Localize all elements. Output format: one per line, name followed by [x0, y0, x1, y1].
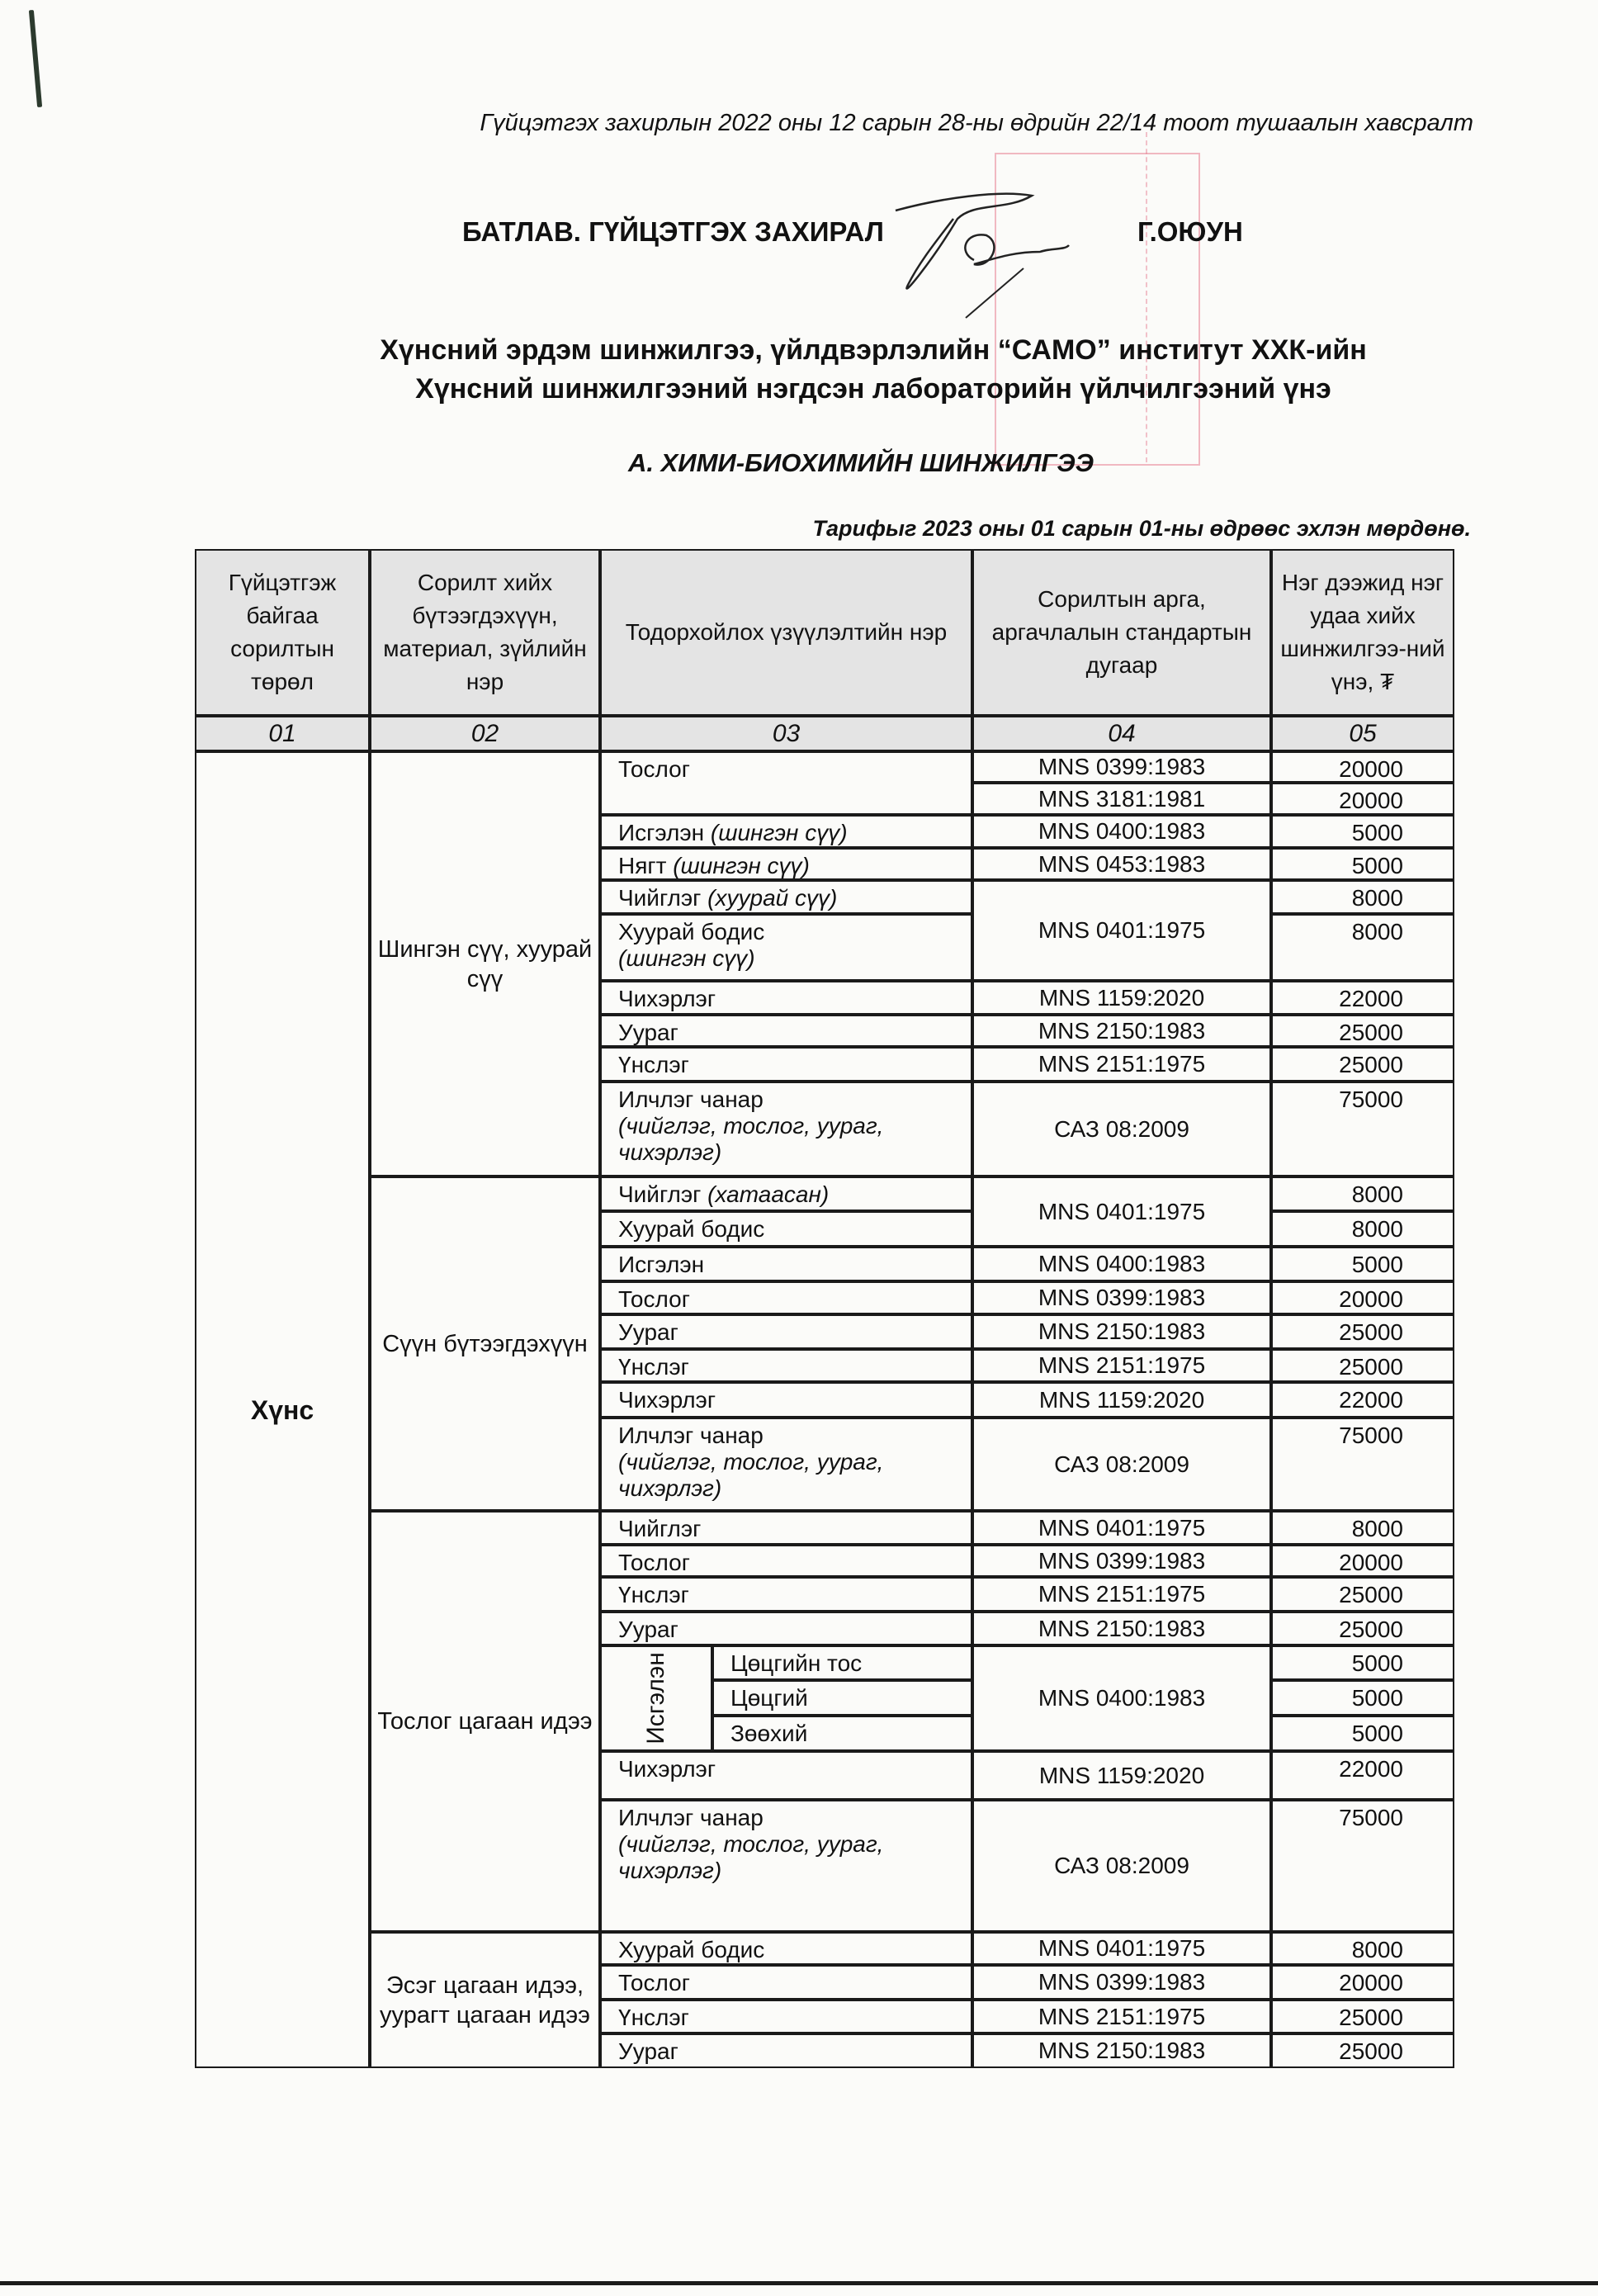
- price-cell: 25000: [1271, 1047, 1454, 1082]
- cell-text: Тослог цагаан идээ: [377, 1707, 592, 1736]
- cell-text: MNS 0401:1975: [1038, 917, 1205, 944]
- standard-cell: MNS 2151:1975: [972, 1577, 1271, 1612]
- cell-text: MNS 0401:1975: [1038, 1935, 1205, 1962]
- cell-text: 25000: [1339, 1354, 1403, 1380]
- price-cell: 20000: [1271, 1965, 1454, 2000]
- standard-cell: MNS 0401:1975: [972, 880, 1271, 981]
- cell-text: Уураг: [618, 1617, 678, 1642]
- cell-text: Сорилтын арга, аргачлалын стандартын дуг…: [974, 583, 1269, 682]
- cell-text: MNS 0401:1975: [1038, 1199, 1205, 1225]
- cell-text: MNS 2150:1983: [1038, 1616, 1205, 1642]
- indicator-cell: Чийглэг (хатаасан): [600, 1176, 972, 1211]
- indicator-cell: Чихэрлэг: [600, 1382, 972, 1418]
- indicator-cell: Хуурай бодис: [600, 1932, 972, 1965]
- cell-text: 25000: [1339, 1617, 1403, 1642]
- indicator-cell: Илчлэг чанар(чийглэг, тослог, уураг, чих…: [600, 1800, 972, 1932]
- cell-text: (шингэн сүү): [673, 853, 810, 878]
- cell-text: 25000: [1339, 2005, 1403, 2030]
- indicator-cell: Чихэрлэг: [600, 1751, 972, 1800]
- cell-text: 8000: [1352, 1181, 1403, 1207]
- standard-cell: MNS 1159:2020: [972, 1382, 1271, 1418]
- cell-text: Гүйцэтгэж байгаа сорилтын төрөл: [196, 566, 368, 698]
- cell-text: Эсэг цагаан идээ, уурагт цагаан идээ: [371, 1971, 598, 2030]
- indicator-cell: Тослог: [600, 1281, 972, 1314]
- price-cell: 5000: [1271, 1247, 1454, 1281]
- cell-text: Үнслэг: [618, 1052, 689, 1077]
- indicator-cell: Чийглэг (хуурай сүү): [600, 880, 972, 914]
- cell-text: 20000: [1339, 788, 1403, 813]
- cell-text: Зөөхий: [730, 1721, 807, 1746]
- cell-text: 5000: [1352, 853, 1403, 878]
- column-header: Сорилтын арга, аргачлалын стандартын дуг…: [972, 549, 1271, 716]
- indicator-cell: Цөцгийн тос: [712, 1645, 972, 1680]
- page-edge: [0, 2281, 1598, 2285]
- cell-text: MNS 1159:2020: [1039, 985, 1204, 1011]
- cell-text: MNS 3181:1981: [1038, 786, 1205, 812]
- price-cell: 22000: [1271, 1751, 1454, 1800]
- cell-text: Цөцгийн тос: [730, 1650, 862, 1676]
- indicator-cell: Уураг: [600, 2033, 972, 2068]
- cell-text: Исгэлэн: [618, 820, 704, 845]
- cell-text: 8000: [1352, 1516, 1403, 1541]
- price-cell: 8000: [1271, 1511, 1454, 1545]
- standard-cell: MNS 1159:2020: [972, 1751, 1271, 1800]
- cell-text: Үнслэг: [618, 2005, 689, 2030]
- standard-cell: MNS 0400:1983: [972, 815, 1271, 848]
- cell-text: 02: [471, 721, 499, 747]
- price-cell: 25000: [1271, 1612, 1454, 1645]
- cell-text: 5000: [1352, 1252, 1403, 1277]
- price-cell: 25000: [1271, 1314, 1454, 1349]
- approval-label: БАТЛАВ. ГҮЙЦЭТГЭХ ЗАХИРАЛ: [462, 216, 884, 248]
- cell-text: (хатаасан): [707, 1181, 829, 1207]
- standard-cell: MNS 0399:1983: [972, 1281, 1271, 1314]
- column-number: 04: [972, 716, 1271, 751]
- indicator-cell: Нягт (шингэн сүү): [600, 848, 972, 880]
- product-group-cell: Сүүн бүтээгдэхүүн: [370, 1176, 600, 1511]
- cell-text: Илчлэг чанар: [618, 1805, 764, 1830]
- indicator-cell: Үнслэг: [600, 2000, 972, 2033]
- cell-text: Сорилт хийх бүтээгдэхүүн, материал, зүйл…: [371, 566, 598, 698]
- cell-text: 25000: [1339, 1020, 1403, 1045]
- cell-text: MNS 2151:1975: [1038, 1051, 1205, 1077]
- price-cell: 22000: [1271, 1382, 1454, 1418]
- cell-text: Тослог: [618, 1970, 690, 1995]
- price-cell: 75000: [1271, 1418, 1454, 1511]
- price-cell: 25000: [1271, 1349, 1454, 1382]
- cell-text: (чийглэг, тослог, уураг, чихэрлэг): [618, 1831, 883, 1883]
- cell-text: Илчлэг чанар: [618, 1423, 764, 1448]
- cell-text: (шингэн сүү): [618, 945, 755, 971]
- cell-text: 8000: [1352, 919, 1403, 944]
- cell-text: 05: [1349, 721, 1376, 747]
- cell-text: MNS 2151:1975: [1038, 1352, 1205, 1379]
- price-cell: 25000: [1271, 2033, 1454, 2068]
- cell-text: MNS 2150:1983: [1038, 2038, 1205, 2064]
- cell-text: 5000: [1352, 1685, 1403, 1711]
- cell-text: MNS 0400:1983: [1038, 818, 1205, 845]
- cell-text: Хуурай бодис: [618, 919, 764, 944]
- price-cell: 25000: [1271, 1015, 1454, 1047]
- indicator-cell: Цөцгий: [712, 1680, 972, 1716]
- cell-text: Нэг дээжид нэг удаа хийх шинжилгээ-ний ү…: [1273, 566, 1453, 698]
- indicator-cell: Уураг: [600, 1314, 972, 1349]
- product-group-cell: Тослог цагаан идээ: [370, 1511, 600, 1932]
- cell-text: 25000: [1339, 1582, 1403, 1607]
- price-cell: 20000: [1271, 783, 1454, 815]
- standard-cell: MNS 2150:1983: [972, 2033, 1271, 2068]
- price-cell: 75000: [1271, 1800, 1454, 1932]
- cell-text: Тослог: [618, 756, 690, 782]
- indicator-cell: Уураг: [600, 1015, 972, 1047]
- cell-text: 22000: [1339, 1387, 1403, 1413]
- cell-text: MNS 0453:1983: [1038, 851, 1205, 878]
- indicator-cell: Зөөхий: [712, 1716, 972, 1751]
- cell-text: 25000: [1339, 2038, 1403, 2064]
- cell-text: MNS 1159:2020: [1039, 1763, 1204, 1789]
- cell-text: (чийглэг, тослог, уураг, чихэрлэг): [618, 1113, 883, 1165]
- cell-text: САЗ 08:2009: [1054, 1116, 1189, 1143]
- cell-text: Тослог: [618, 1286, 690, 1312]
- cell-text: 75000: [1339, 1805, 1403, 1830]
- staple: [29, 10, 42, 107]
- cell-text: (чийглэг, тослог, уураг, чихэрлэг): [618, 1449, 883, 1501]
- indicator-cell: Хуурай бодис: [600, 1211, 972, 1247]
- cell-text: Сүүн бүтээгдэхүүн: [382, 1329, 588, 1359]
- price-cell: 8000: [1271, 914, 1454, 981]
- signature-icon: [875, 186, 1123, 326]
- cell-text: Исгэлэн: [618, 1252, 704, 1277]
- price-cell: 5000: [1271, 848, 1454, 880]
- indicator-cell: Тослог: [600, 751, 972, 815]
- cell-text: Чихэрлэг: [618, 1387, 716, 1413]
- cell-text: Үнслэг: [618, 1354, 689, 1380]
- cell-text: 20000: [1339, 1550, 1403, 1575]
- indicator-cell: Үнслэг: [600, 1047, 972, 1082]
- cell-text: MNS 0400:1983: [1038, 1685, 1205, 1711]
- cell-text: 22000: [1339, 1756, 1403, 1782]
- indicator-cell: Чихэрлэг: [600, 981, 972, 1015]
- cell-text: Уураг: [618, 2038, 678, 2064]
- cell-text: Уураг: [618, 1319, 678, 1345]
- cell-text: Уураг: [618, 1020, 678, 1045]
- cell-text: Шингэн сүү, хуурай сүү: [371, 935, 598, 994]
- cell-text: 8000: [1352, 1937, 1403, 1962]
- cell-text: Чихэрлэг: [618, 986, 716, 1011]
- column-header: Нэг дээжид нэг удаа хийх шинжилгээ-ний ү…: [1271, 549, 1454, 716]
- cell-text: Чихэрлэг: [618, 1756, 716, 1782]
- column-number: 03: [600, 716, 972, 751]
- document-title-line1: Хүнсний эрдэм шинжилгээ, үйлдвэрлэлийн “…: [0, 334, 1598, 367]
- cell-text: Хүнс: [251, 1397, 314, 1423]
- standard-cell: MNS 2150:1983: [972, 1314, 1271, 1349]
- standard-cell: MNS 2150:1983: [972, 1015, 1271, 1047]
- cell-text: Хуурай бодис: [618, 1216, 764, 1242]
- cell-text: MNS 0399:1983: [1038, 1969, 1205, 1995]
- column-number: 05: [1271, 716, 1454, 751]
- price-cell: 8000: [1271, 880, 1454, 914]
- column-header: Гүйцэтгэж байгаа сорилтын төрөл: [195, 549, 370, 716]
- section-title: А. ХИМИ-БИОХИМИЙН ШИНЖИЛГЭЭ: [0, 448, 1598, 478]
- category-cell: Хүнс: [195, 751, 370, 2068]
- cell-text: MNS 0399:1983: [1038, 754, 1205, 780]
- indicator-cell: Илчлэг чанар(чийглэг, тослог, уураг, чих…: [600, 1082, 972, 1176]
- cell-text: MNS 1159:2020: [1039, 1387, 1204, 1413]
- indicator-cell: Исгэлэн (шингэн сүү): [600, 815, 972, 848]
- approver-name: Г.ОЮУН: [1137, 216, 1243, 248]
- standard-cell: САЗ 08:2009: [972, 1082, 1271, 1176]
- acidity-vertical-label: Исгэлэн: [600, 1645, 712, 1751]
- document-title-line2: Хүнсний шинжилгээний нэгдсэн лабораторий…: [0, 373, 1598, 405]
- cell-text: 8000: [1352, 885, 1403, 911]
- standard-cell: MNS 0401:1975: [972, 1932, 1271, 1965]
- product-group-cell: Шингэн сүү, хуурай сүү: [370, 751, 600, 1176]
- standard-cell: MNS 0399:1983: [972, 1545, 1271, 1577]
- standard-cell: MNS 0400:1983: [972, 1645, 1271, 1751]
- indicator-cell: Чийглэг: [600, 1511, 972, 1545]
- cell-text: MNS 2151:1975: [1038, 1581, 1205, 1607]
- cell-text: 75000: [1339, 1423, 1403, 1448]
- cell-text: Хуурай бодис: [618, 1937, 764, 1962]
- indicator-cell: Тослог: [600, 1965, 972, 2000]
- column-header: Сорилт хийх бүтээгдэхүүн, материал, зүйл…: [370, 549, 600, 716]
- cell-text: Чийглэг: [618, 1181, 701, 1207]
- cell-text: MNS 0399:1983: [1038, 1285, 1205, 1311]
- price-cell: 5000: [1271, 815, 1454, 848]
- cell-text: Тослог: [618, 1550, 690, 1575]
- cell-text: Нягт: [618, 853, 666, 878]
- price-cell: 22000: [1271, 981, 1454, 1015]
- cell-text: 20000: [1339, 1286, 1403, 1312]
- standard-cell: САЗ 08:2009: [972, 1418, 1271, 1511]
- cell-text: 22000: [1339, 986, 1403, 1011]
- price-cell: 5000: [1271, 1716, 1454, 1751]
- annex-note: Гүйцэтгэх захирлын 2022 оны 12 сарын 28-…: [371, 110, 1473, 137]
- indicator-cell: Хуурай бодис(шингэн сүү): [600, 914, 972, 981]
- price-cell: 8000: [1271, 1211, 1454, 1247]
- standard-cell: MNS 2150:1983: [972, 1612, 1271, 1645]
- price-cell: 75000: [1271, 1082, 1454, 1176]
- indicator-cell: Илчлэг чанар(чийглэг, тослог, уураг, чих…: [600, 1418, 972, 1511]
- cell-text: 5000: [1352, 1650, 1403, 1676]
- cell-text: 75000: [1339, 1086, 1403, 1112]
- standard-cell: MNS 2151:1975: [972, 1349, 1271, 1382]
- column-number: 01: [195, 716, 370, 751]
- standard-cell: MNS 0400:1983: [972, 1247, 1271, 1281]
- cell-text: MNS 0399:1983: [1038, 1548, 1205, 1574]
- standard-cell: MNS 0399:1983: [972, 751, 1271, 783]
- indicator-cell: Исгэлэн: [600, 1247, 972, 1281]
- standard-cell: MNS 1159:2020: [972, 981, 1271, 1015]
- cell-text: 25000: [1339, 1052, 1403, 1077]
- product-group-cell: Эсэг цагаан идээ, уурагт цагаан идээ: [370, 1932, 600, 2068]
- price-cell: 5000: [1271, 1680, 1454, 1716]
- standard-cell: MNS 0401:1975: [972, 1176, 1271, 1247]
- standard-cell: MNS 0453:1983: [972, 848, 1271, 880]
- cell-text: 25000: [1339, 1319, 1403, 1345]
- cell-text: MNS 2151:1975: [1038, 2004, 1205, 2030]
- indicator-cell: Уураг: [600, 1612, 972, 1645]
- price-cell: 20000: [1271, 751, 1454, 783]
- standard-cell: MNS 0399:1983: [972, 1965, 1271, 2000]
- price-cell: 8000: [1271, 1932, 1454, 1965]
- cell-text: 03: [773, 721, 800, 747]
- cell-text: Тодорхойлох үзүүлэлтийн нэр: [626, 616, 947, 649]
- standard-cell: MNS 2151:1975: [972, 1047, 1271, 1082]
- cell-text: (хуурай сүү): [707, 885, 837, 911]
- indicator-cell: Тослог: [600, 1545, 972, 1577]
- standard-cell: MNS 0401:1975: [972, 1511, 1271, 1545]
- cell-text: Илчлэг чанар: [618, 1086, 764, 1112]
- cell-text: 5000: [1352, 820, 1403, 845]
- cell-text: 01: [268, 721, 295, 747]
- company-stamp-edge: [1146, 132, 1197, 462]
- cell-text: (шингэн сүү): [711, 820, 848, 845]
- cell-text: MNS 2150:1983: [1038, 1018, 1205, 1044]
- cell-text: Чийглэг: [618, 885, 701, 911]
- standard-cell: САЗ 08:2009: [972, 1800, 1271, 1932]
- price-cell: 20000: [1271, 1545, 1454, 1577]
- column-header: Тодорхойлох үзүүлэлтийн нэр: [600, 549, 972, 716]
- standard-cell: MNS 3181:1981: [972, 783, 1271, 815]
- cell-text: 8000: [1352, 1216, 1403, 1242]
- cell-text: САЗ 08:2009: [1054, 1451, 1189, 1478]
- cell-text: MNS 0401:1975: [1038, 1515, 1205, 1541]
- indicator-cell: Үнслэг: [600, 1349, 972, 1382]
- cell-text: 5000: [1352, 1721, 1403, 1746]
- cell-text: Исгэлэн: [643, 1652, 669, 1744]
- price-cell: 25000: [1271, 2000, 1454, 2033]
- cell-text: 04: [1108, 721, 1135, 747]
- tariff-note: Тарифыг 2023 оны 01 сарын 01-ны өдрөөс э…: [578, 516, 1471, 542]
- price-cell: 8000: [1271, 1176, 1454, 1211]
- cell-text: Цөцгий: [730, 1685, 808, 1711]
- standard-cell: MNS 2151:1975: [972, 2000, 1271, 2033]
- cell-text: MNS 0400:1983: [1038, 1251, 1205, 1277]
- cell-text: 20000: [1339, 756, 1403, 782]
- column-number: 02: [370, 716, 600, 751]
- cell-text: Чийглэг: [618, 1516, 701, 1541]
- price-cell: 5000: [1271, 1645, 1454, 1680]
- cell-text: Үнслэг: [618, 1582, 689, 1607]
- price-cell: 25000: [1271, 1577, 1454, 1612]
- price-cell: 20000: [1271, 1281, 1454, 1314]
- cell-text: САЗ 08:2009: [1054, 1853, 1189, 1879]
- cell-text: MNS 2150:1983: [1038, 1318, 1205, 1345]
- cell-text: 20000: [1339, 1970, 1403, 1995]
- indicator-cell: Үнслэг: [600, 1577, 972, 1612]
